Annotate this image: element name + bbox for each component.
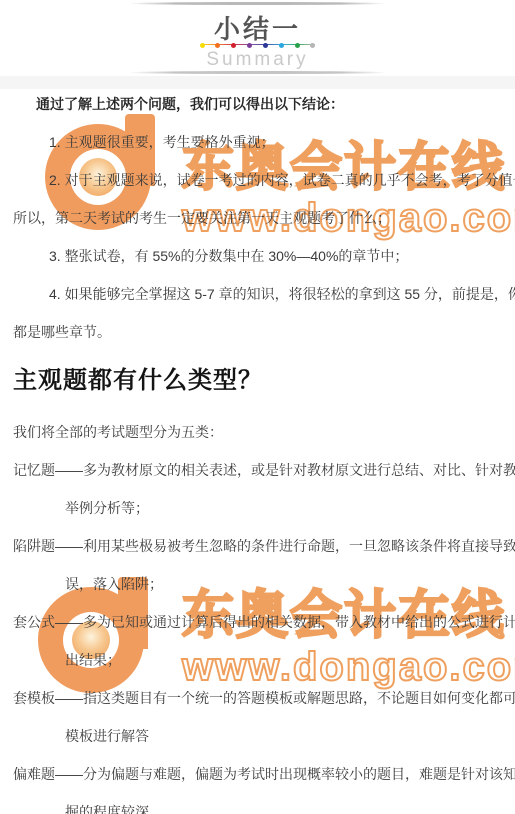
dot — [295, 43, 300, 48]
dot — [215, 43, 220, 48]
header-top-arc — [127, 2, 388, 5]
header-gap-band — [0, 76, 515, 89]
type-trap-continued: 误，落入陷阱； — [65, 574, 163, 594]
section-title: 小结一 — [127, 9, 388, 46]
type-trap-line: 陷阱题——利用某些极易被考生忽略的条件进行命题，一旦忽略该条件将直接导致本题错 — [13, 536, 515, 556]
section-subtitle: Summary — [127, 49, 388, 71]
type-formula-line: 套公式——多为已知或通过计算后得出的相关数据，带入教材中给出的公式进行计算后得 — [13, 612, 515, 632]
conclusion-item-4: 4. 如果能够完全掌握这 5-7 章的知识，将很轻松的拿到这 55 分，前提是，… — [49, 284, 515, 304]
summary-header-card: 小结一 Summary — [127, 2, 388, 74]
type-memory-line: 记忆题——多为教材原文的相关表述，或是针对教材原文进行总结、对比、针对教材原文 — [13, 460, 515, 480]
watermark-url-text: www.dongao.com — [182, 646, 515, 688]
dongao-d-logo-icon — [38, 577, 148, 693]
conclusion-intro-line: 通过了解上述两个问题，我们可以得出以下结论： — [36, 94, 344, 114]
type-template-continued: 模板进行解答 — [65, 726, 149, 746]
document-page: 小结一 Summary 东奥会计在线 www.dongao.com 东奥会计在线… — [0, 0, 515, 814]
conclusion-item-4-continued: 都是哪些章节。 — [13, 322, 111, 342]
type-template-line: 套模板——指这类题目有一个统一的答题模板或解题思路，不论题目如何变化都可以利用 — [13, 688, 515, 708]
dot — [200, 43, 205, 48]
type-memory-continued: 举例分析等； — [65, 498, 149, 518]
conclusion-item-2-continued: 所以，第二天考试的考生一定要关注第一天主观题考了什么； — [13, 208, 391, 228]
type-hard-line: 偏难题——分为偏题与难题，偏题为考试时出现概率较小的题目，难题是针对该知识点挖 — [13, 764, 515, 784]
type-hard-continued: 掘的程度较深 — [65, 802, 149, 814]
type-formula-continued: 出结果； — [65, 650, 121, 670]
rainbow-dots-divider — [200, 42, 316, 48]
five-types-intro: 我们将全部的考试题型分为五类： — [13, 422, 223, 442]
dot — [263, 43, 268, 48]
dot — [279, 43, 284, 48]
header-bottom-arc — [127, 71, 388, 74]
dot — [310, 43, 315, 48]
dot — [231, 43, 236, 48]
conclusion-item-1: 1. 主观题很重要，考生要格外重视； — [49, 132, 275, 152]
question-types-heading: 主观题都有什么类型？ — [13, 360, 263, 395]
conclusion-item-2: 2. 对于主观题来说，试卷一考过的内容，试卷二真的几乎不会考，考了分值也很低。 — [49, 170, 515, 190]
dot — [247, 43, 252, 48]
conclusion-item-3: 3. 整张试卷，有 55%的分数集中在 30%—40%的章节中； — [49, 246, 408, 266]
